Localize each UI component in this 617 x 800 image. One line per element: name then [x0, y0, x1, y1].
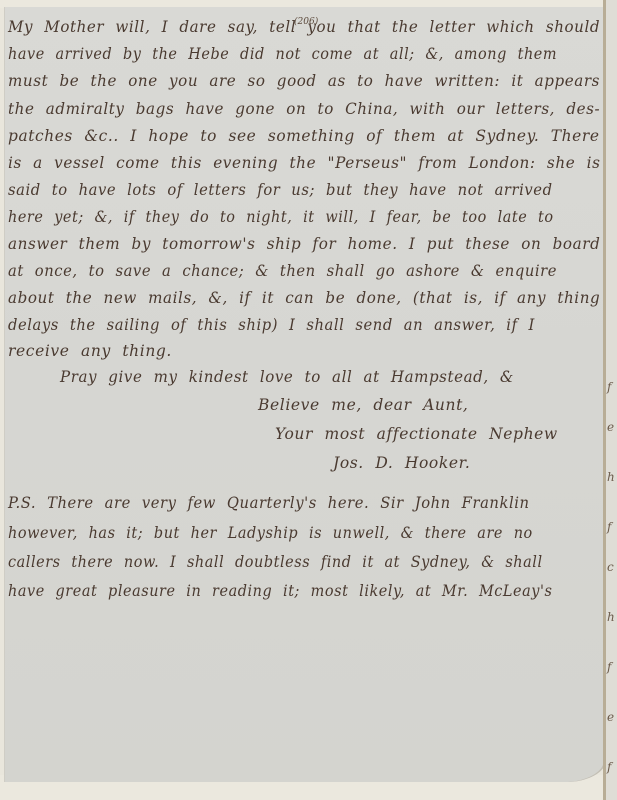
postscript-line: callers there now. I shall doubtless fin… [8, 553, 543, 571]
body-line: answer them by tomorrow's ship for home.… [8, 235, 600, 253]
closing-line: Pray give my kindest love to all at Hamp… [60, 368, 514, 386]
adjacent-page-scribble: h [607, 610, 615, 624]
signature-name: Jos. D. Hooker. [333, 454, 470, 472]
body-line: receive any thing. [8, 342, 172, 360]
adjacent-page-scribble: f [607, 520, 611, 534]
postscript-line: however, has it; but her Ladyship is unw… [8, 524, 533, 542]
body-line: the admiralty bags have gone on to China… [8, 100, 600, 118]
body-line: at once, to save a chance; & then shall … [8, 262, 557, 280]
postscript-line: have great pleasure in reading it; most … [8, 582, 552, 600]
body-line: must be the one you are so good as to ha… [8, 72, 600, 90]
body-line: here yet; &, if they do to night, it wil… [8, 208, 554, 226]
adjacent-page-scribble: f [607, 760, 611, 774]
body-line: said to have lots of letters for us; but… [8, 181, 553, 199]
body-line: patches &c.. I hope to see something of … [8, 127, 600, 145]
body-line: is a vessel come this evening the "Perse… [8, 154, 600, 172]
adjacent-page-scribble: h [607, 470, 615, 484]
body-line: My Mother will, I dare say, tell you tha… [8, 18, 600, 36]
salutation: Believe me, dear Aunt, [258, 396, 468, 414]
postscript-line: P.S. There are very few Quarterly's here… [8, 494, 530, 512]
adjacent-page-scribble: e [607, 420, 614, 434]
adjacent-page-scribble: e [607, 710, 614, 724]
adjacent-page-scribble: f [607, 380, 611, 394]
body-line: have arrived by the Hebe did not come at… [8, 45, 557, 63]
body-line: about the new mails, &, if it can be don… [8, 289, 600, 307]
manuscript-page: (206) [4, 7, 606, 782]
adjacent-page-scribble: c [607, 560, 614, 574]
valediction: Your most affectionate Nephew [275, 425, 558, 443]
adjacent-page-edge: f e h f c h f e f [606, 0, 617, 800]
adjacent-page-scribble: f [607, 660, 611, 674]
body-line: delays the sailing of this ship) I shall… [8, 316, 535, 334]
